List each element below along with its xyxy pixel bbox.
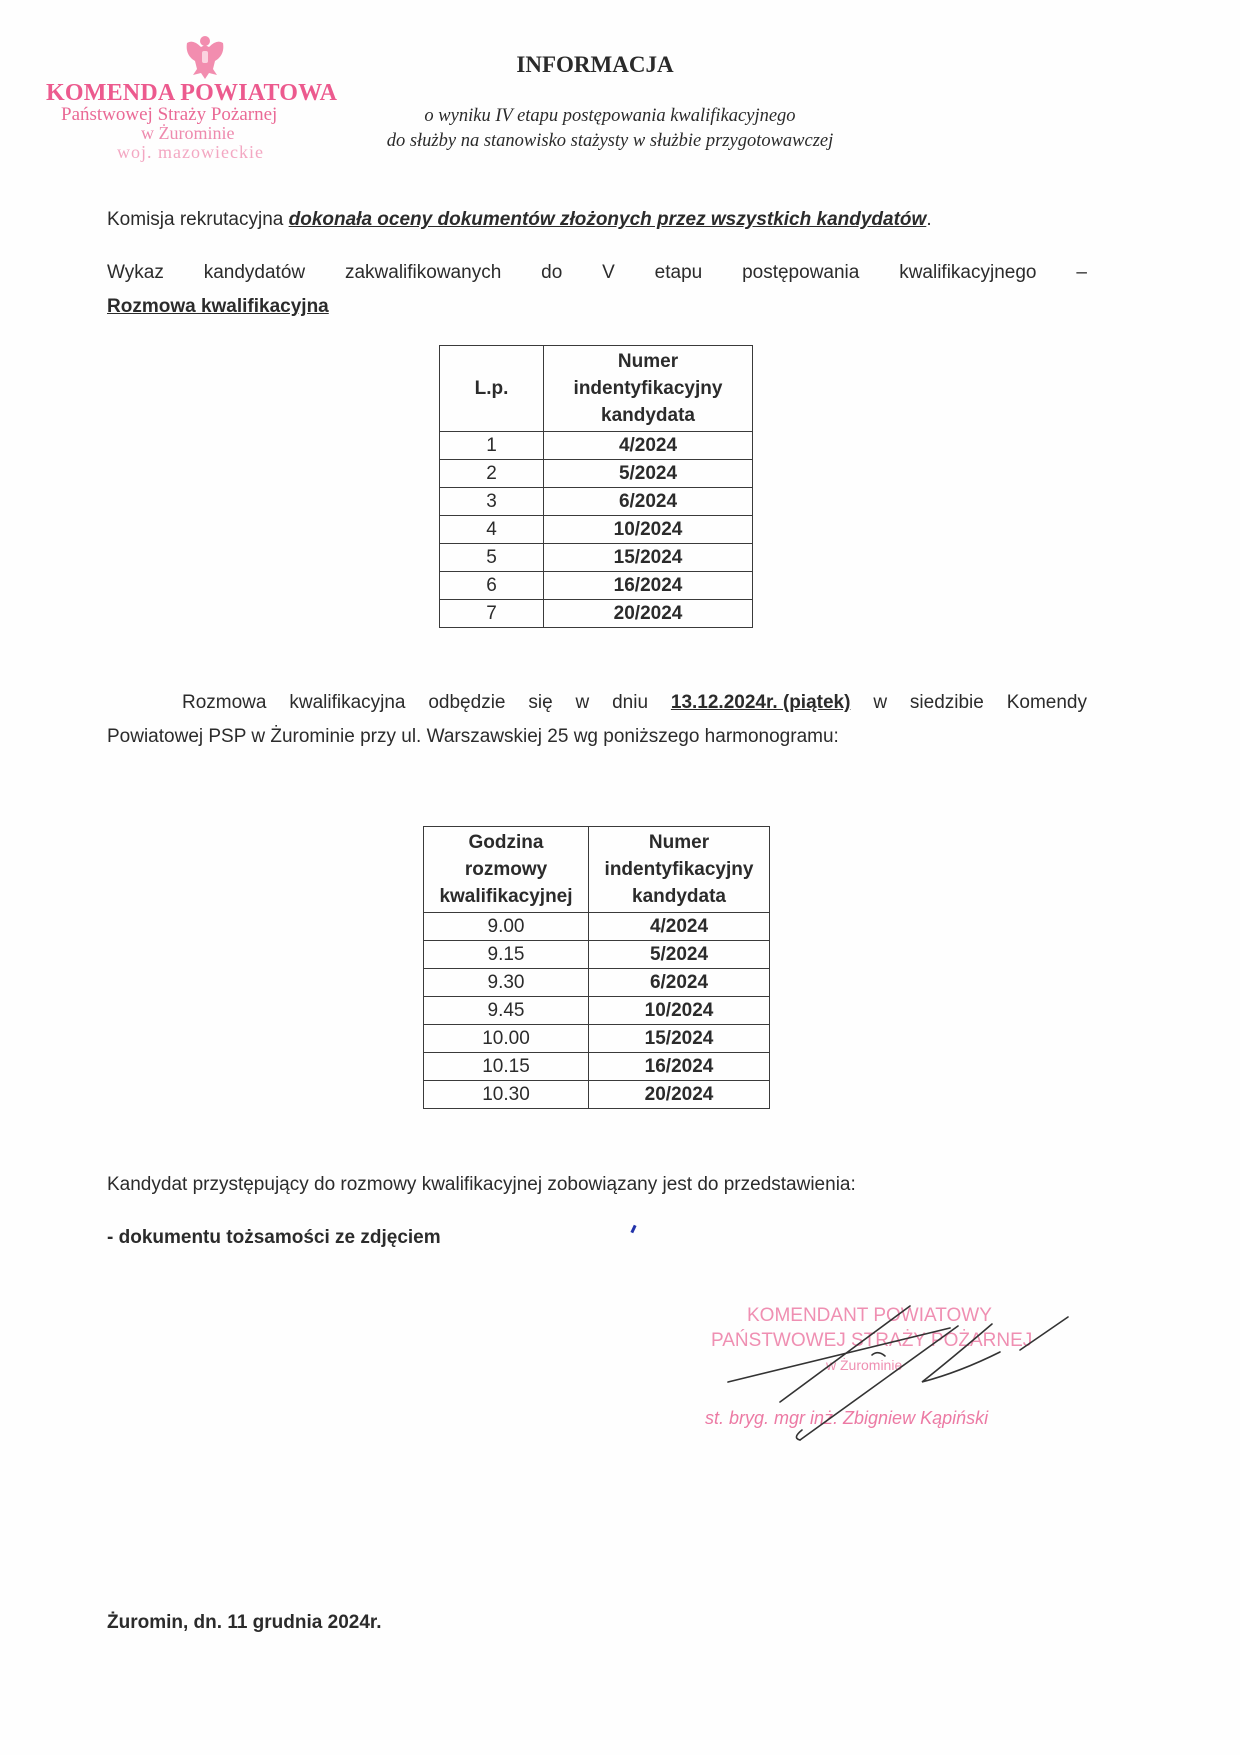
cell-candidate-id: 4/2024 [589, 913, 770, 941]
cell-time: 9.30 [424, 969, 589, 997]
cell-candidate-id: 6/2024 [544, 488, 753, 516]
handwritten-signature-icon [700, 1290, 1080, 1450]
word: odbędzie [428, 692, 505, 714]
cell-candidate-id: 15/2024 [589, 1025, 770, 1053]
word: kwalifikacyjna [289, 692, 405, 714]
cell-time: 10.00 [424, 1025, 589, 1053]
cell-time: 9.45 [424, 997, 589, 1025]
list-intro-line: WykazkandydatówzakwalifikowanychdoVetapu… [107, 262, 1087, 284]
header-candidate-id: Numerindentyfikacyjnykandydata [544, 346, 753, 432]
requirement-item: - dokumentu tożsamości ze zdjęciem [107, 1227, 441, 1249]
cell-lp: 1 [440, 432, 544, 460]
cell-candidate-id: 4/2024 [544, 432, 753, 460]
word: się [528, 692, 552, 714]
word: do [541, 262, 562, 284]
cell-candidate-id: 16/2024 [544, 572, 753, 600]
table-row: 9.306/2024 [424, 969, 770, 997]
subtitle-line-2: do służby na stanowisko stażysty w służb… [330, 129, 890, 154]
cell-time: 10.30 [424, 1081, 589, 1109]
cell-time: 10.15 [424, 1053, 589, 1081]
cell-candidate-id: 20/2024 [544, 600, 753, 628]
document-title: INFORMACJA [500, 52, 690, 78]
table-row: 720/2024 [440, 600, 753, 628]
cell-time: 9.15 [424, 941, 589, 969]
interview-info-line: Rozmowakwalifikacyjnaodbędziesięwdniu13.… [182, 692, 1087, 714]
table-row: 10.0015/2024 [424, 1025, 770, 1053]
table-row: 10.3020/2024 [424, 1081, 770, 1109]
word: – [1076, 262, 1087, 284]
interview-location: Powiatowej PSP w Żurominie przy ul. Wars… [107, 726, 839, 748]
stamp-location: w Żurominie [141, 123, 234, 144]
word: kandydatów [204, 262, 305, 284]
table-row: 410/2024 [440, 516, 753, 544]
cell-lp: 7 [440, 600, 544, 628]
word: postępowania [742, 262, 859, 284]
eagle-emblem-icon [183, 33, 227, 81]
table-header-row: L.p. Numerindentyfikacyjnykandydata [440, 346, 753, 432]
intro-paragraph: Komisja rekrutacyjna dokonała oceny doku… [107, 209, 932, 231]
cell-candidate-id: 16/2024 [589, 1053, 770, 1081]
word: kwalifikacyjnego [899, 262, 1036, 284]
cell-lp: 5 [440, 544, 544, 572]
table-row: 9.4510/2024 [424, 997, 770, 1025]
word: etapu [655, 262, 703, 284]
word: Komendy [1007, 692, 1087, 714]
table-row: 25/2024 [440, 460, 753, 488]
requirements-intro: Kandydat przystępujący do rozmowy kwalif… [107, 1174, 856, 1196]
cell-candidate-id: 6/2024 [589, 969, 770, 997]
cell-candidate-id: 5/2024 [589, 941, 770, 969]
word: w [873, 692, 887, 714]
table-row: 36/2024 [440, 488, 753, 516]
ink-mark [630, 1225, 636, 1234]
table-row: 9.004/2024 [424, 913, 770, 941]
interview-date: 13.12.2024r. (piątek) [671, 692, 851, 714]
table-header-row: Godzinarozmowykwalifikacyjnej Numerinden… [424, 827, 770, 913]
cell-candidate-id: 15/2024 [544, 544, 753, 572]
cell-candidate-id: 5/2024 [544, 460, 753, 488]
word: Rozmowa [182, 692, 266, 714]
cell-candidate-id: 10/2024 [544, 516, 753, 544]
intro-emphasis: dokonała oceny dokumentów złożonych prze… [289, 209, 927, 230]
document-subtitle: o wyniku IV etapu postępowania kwalifika… [330, 104, 890, 154]
cell-lp: 2 [440, 460, 544, 488]
table-row: 9.155/2024 [424, 941, 770, 969]
header-time: Godzinarozmowykwalifikacyjnej [424, 827, 589, 913]
table-row: 616/2024 [440, 572, 753, 600]
intro-suffix: . [926, 209, 931, 230]
cell-candidate-id: 20/2024 [589, 1081, 770, 1109]
table-row: 14/2024 [440, 432, 753, 460]
cell-time: 9.00 [424, 913, 589, 941]
schedule-table: Godzinarozmowykwalifikacyjnej Numerinden… [423, 826, 770, 1109]
word: zakwalifikowanych [345, 262, 501, 284]
cell-candidate-id: 10/2024 [589, 997, 770, 1025]
word: w [576, 692, 590, 714]
cell-lp: 4 [440, 516, 544, 544]
stage-name: Rozmowa kwalifikacyjna [107, 296, 329, 318]
place-and-date: Żuromin, dn. 11 grudnia 2024r. [107, 1612, 382, 1634]
word: dniu [612, 692, 648, 714]
stamp-region: woj. mazowieckie [117, 142, 264, 163]
header-lp: L.p. [440, 346, 544, 432]
word: V [602, 262, 615, 284]
header-candidate-id: Numerindentyfikacyjnykandydata [589, 827, 770, 913]
word: Wykaz [107, 262, 164, 284]
subtitle-line-1: o wyniku IV etapu postępowania kwalifika… [330, 104, 890, 129]
intro-prefix: Komisja rekrutacyjna [107, 209, 289, 230]
table-row: 515/2024 [440, 544, 753, 572]
cell-lp: 3 [440, 488, 544, 516]
cell-lp: 6 [440, 572, 544, 600]
candidates-table: L.p. Numerindentyfikacyjnykandydata 14/2… [439, 345, 753, 628]
stamp-title: KOMENDA POWIATOWA [46, 80, 337, 107]
word: siedzibie [910, 692, 984, 714]
table-row: 10.1516/2024 [424, 1053, 770, 1081]
document-page: KOMENDA POWIATOWA Państwowej Straży Poża… [0, 0, 1240, 1755]
